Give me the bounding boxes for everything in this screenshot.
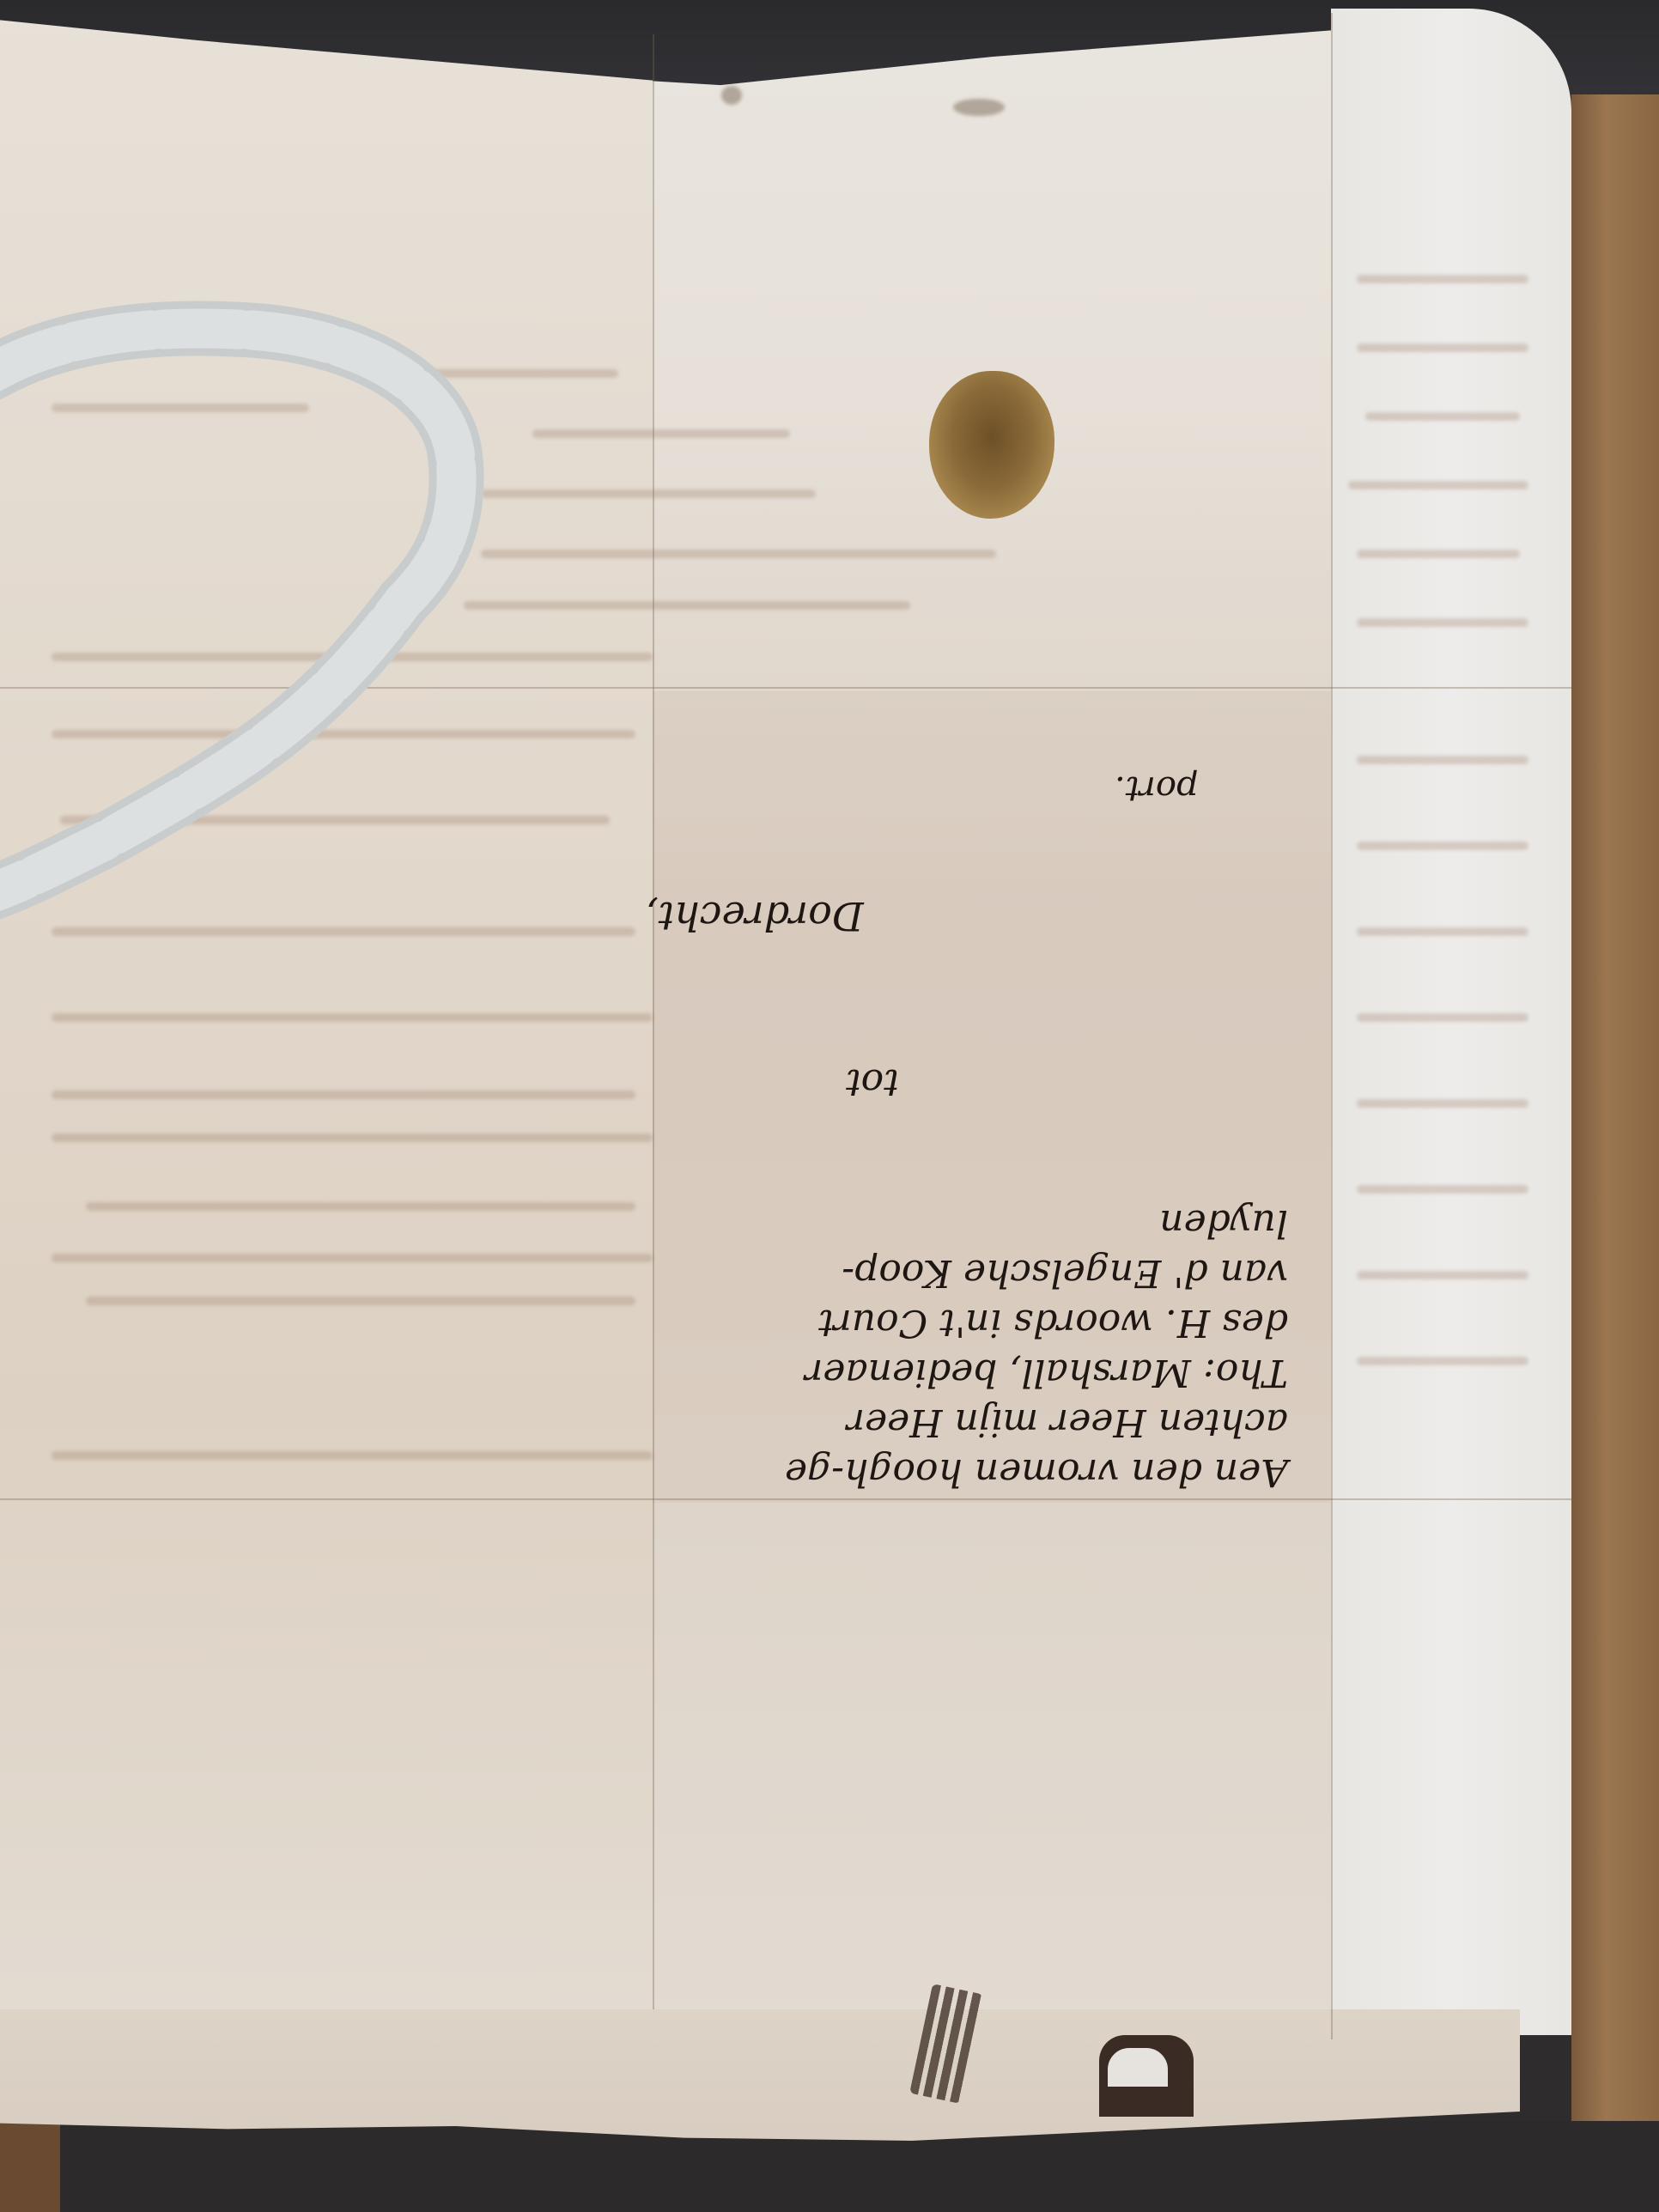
bleed-through-text [52,1091,635,1099]
bleed-through-text [464,601,910,610]
bleed-through-text [86,1202,635,1211]
fold-line-vertical-1 [653,34,654,2009]
fold-line-horizontal-2 [0,1498,1571,1500]
bleed-through-text [1365,412,1520,421]
address-line: Tho: Marshall, bedienaer [670,1347,1288,1397]
bleed-through-text [532,429,790,438]
letter-bottom-strip [0,2009,1520,2155]
bleed-through-text [1357,343,1528,352]
bleed-through-text [86,1297,635,1305]
destination-city: Dordrecht, [646,893,864,939]
bleed-through-text [1357,1099,1528,1108]
bleed-through-text [1348,481,1528,489]
postage-note: port. [1115,769,1199,808]
bleed-through-text [1357,550,1520,558]
braided-cord-loop [0,292,498,962]
bleed-through-text [1357,1357,1528,1365]
bleed-through-text [481,489,816,498]
ink-smudge [953,99,1005,116]
bleed-through-text [1357,1185,1528,1194]
wax-seal-stain [929,371,1054,519]
address-line: achten Heer mijn Heer [670,1397,1288,1447]
bleed-through-text [52,1451,653,1460]
paper-tear-flap [1108,2048,1168,2087]
bleed-through-text [1357,1271,1528,1279]
recipient-address: Aen den vromen hoogh-ge achten Heer mijn… [670,1198,1288,1497]
address-line: des H. woords in't Court [670,1297,1288,1347]
bleed-through-text [1357,1013,1528,1022]
bleed-through-text [1357,618,1528,627]
bleed-through-text [1357,927,1528,936]
bleed-through-text [52,1254,653,1262]
bleed-through-text [52,1133,653,1142]
bleed-through-text [52,1013,653,1022]
bleed-through-text [1357,842,1528,850]
ink-smudge [721,86,742,105]
letter-sheet: port. Dordrecht, tot Aen den vromen hoog… [0,0,1571,2147]
address-line: luyden [670,1198,1288,1248]
address-preposition: tot [846,1060,899,1104]
address-line: van d' Engelsche Koop- [670,1248,1288,1297]
fold-line-vertical-2 [1331,13,1333,2039]
bleed-through-text [1357,756,1528,764]
bleed-through-text [1357,275,1528,283]
book-binding-edge [1571,94,1659,2172]
letter-flap-right [1331,9,1571,2035]
bleed-through-text [481,550,996,558]
address-line: Aen den vromen hoogh-ge [670,1447,1288,1497]
